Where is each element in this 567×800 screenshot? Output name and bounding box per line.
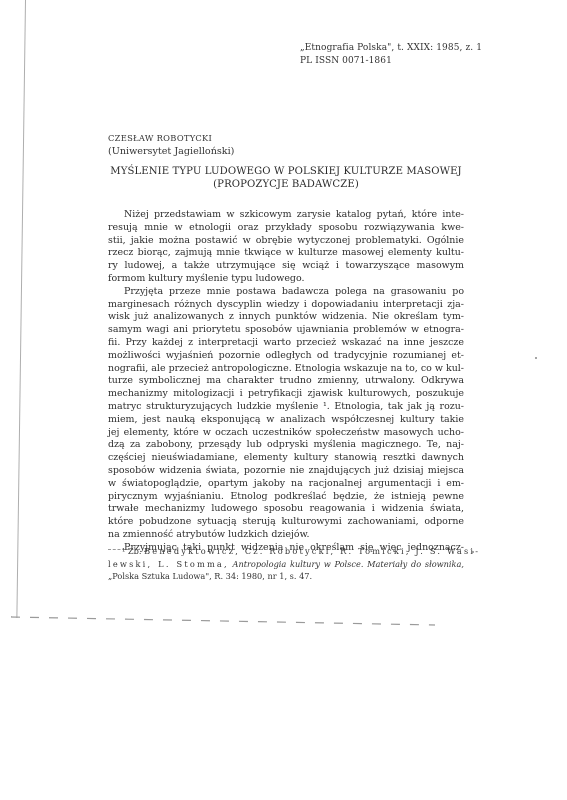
body-line: na zmienność atrybutów ludzkich dziejów. <box>108 529 464 542</box>
dashed-cut-line <box>11 616 435 626</box>
footnote-marker: ¹ <box>122 546 125 556</box>
body-line: wisk już analizowanych z innych punktów … <box>108 311 464 324</box>
body-line: marginesach różnych dyscyplin wiedzy i d… <box>108 299 464 312</box>
scan-edge-line <box>16 0 26 618</box>
article-body: Niżej przedstawiam w szkicowym zarysie k… <box>108 209 464 555</box>
author-affiliation: (Uniwersytet Jagielloński) <box>108 146 234 157</box>
body-line: matryc strukturyzujących ludzkie myśleni… <box>108 401 464 414</box>
body-line: samym wagi ani priorytetu sposobów ujawn… <box>108 324 464 337</box>
body-line: trwałe mechanizmy ludowego sposobu reago… <box>108 503 464 516</box>
body-line: sposobów widzenia świata, pozornie nie z… <box>108 465 464 478</box>
footnote-book-title: Antropologia kultury w Polsce. Materiały… <box>233 559 464 569</box>
footnote-authors: Benedyktowicz, Cz. Robotycki, R. Tomicki… <box>144 546 480 556</box>
body-line: turze symbolicznej ma charakter trudno z… <box>108 375 464 388</box>
body-line: Przyjęta przeze mnie postawa badawcza po… <box>108 286 464 299</box>
title-line-1: MYŚLENIE TYPU LUDOWEGO W POLSKIEJ KULTUR… <box>108 165 464 178</box>
body-line: w światopoglądzie, opartym jakoby na rac… <box>108 478 464 491</box>
body-line: formom kultury myślenie typu ludowego. <box>108 273 464 286</box>
body-line: stii, jakie można postawić w obrębie wyt… <box>108 235 464 248</box>
footnote-authors-cont: lewski, L. Stomma, <box>108 559 229 569</box>
body-line: możliwości wyjaśnień pozornie odległych … <box>108 350 464 363</box>
article-title: MYŚLENIE TYPU LUDOWEGO W POLSKIEJ KULTUR… <box>108 165 464 191</box>
author-name: CZESŁAW ROBOTYCKI <box>108 133 212 143</box>
body-line: ry ludowej, a także utrzymujące się wcią… <box>108 260 464 273</box>
body-line: miem, jest nauką eksponującą w analizach… <box>108 414 464 427</box>
body-line: częściej nieuświadamiane, elementy kultu… <box>108 452 464 465</box>
body-line: dzą za zabobony, przesądy lub odpryski m… <box>108 439 464 452</box>
footnote-line: ¹ Zb. Benedyktowicz, Cz. Robotycki, R. T… <box>108 545 464 558</box>
title-line-2: (PROPOZYCJE BADAWCZE) <box>108 178 464 191</box>
body-line: rzecz biorąc, zajmują mnie tkwiące w kul… <box>108 247 464 260</box>
footnote: ¹ Zb. Benedyktowicz, Cz. Robotycki, R. T… <box>108 545 464 583</box>
body-line: Niżej przedstawiam w szkicowym zarysie k… <box>108 209 464 222</box>
footnote-line: „Polska Sztuka Ludowa", R. 34: 1980, nr … <box>108 570 464 583</box>
document-page: „Etnografia Polska", t. XXIX: 1985, z. 1… <box>0 0 567 800</box>
body-line: nografii, ale przecież antropologiczne. … <box>108 363 464 376</box>
issn: PL ISSN 0071-1861 <box>300 55 482 68</box>
journal-citation: „Etnografia Polska", t. XXIX: 1985, z. 1 <box>300 42 482 55</box>
journal-header: „Etnografia Polska", t. XXIX: 1985, z. 1… <box>300 42 482 68</box>
scan-speck <box>535 357 537 359</box>
footnote-prefix: Zb. <box>128 546 142 556</box>
body-line: jej elementy, które w oczach uczestników… <box>108 427 464 440</box>
body-line: które pobudzone sytuacją sterują kulturo… <box>108 516 464 529</box>
body-line: fii. Przy każdej z interpretacji warto p… <box>108 337 464 350</box>
body-line: pirycznym wyjaśnianiu. Etnolog podkreśla… <box>108 491 464 504</box>
body-line: resują mnie w etnologii oraz przykłady s… <box>108 222 464 235</box>
body-line: mechanizmy mitologizacji i petryfikacji … <box>108 388 464 401</box>
footnote-line: lewski, L. Stomma, Antropologia kultury … <box>108 558 464 571</box>
scan-speck <box>472 551 474 553</box>
